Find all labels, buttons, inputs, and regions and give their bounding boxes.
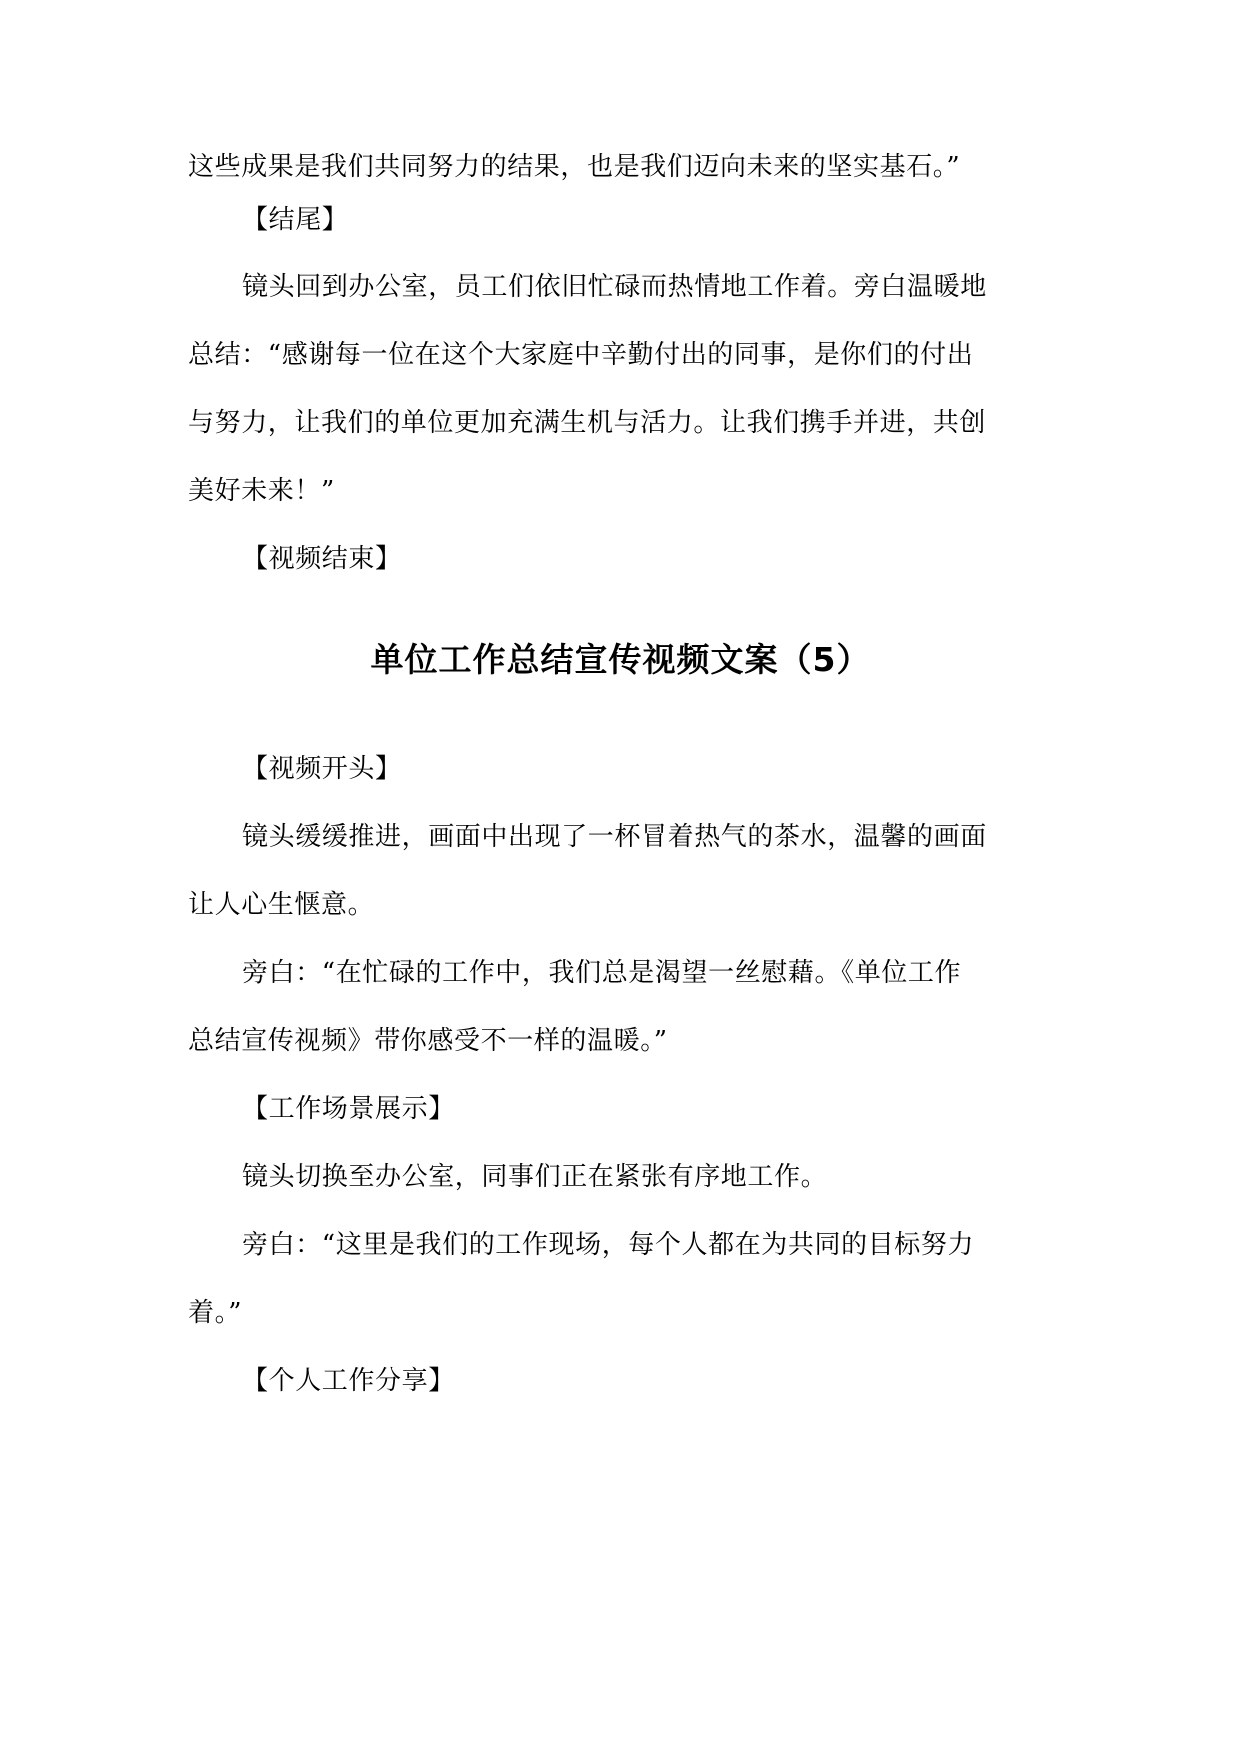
section-heading-scene: 【工作场景展示】 — [242, 1092, 455, 1126]
paragraph-line: 镜头缓缓推进，画面中出现了一杯冒着热气的茶水，温馨的画面 — [242, 820, 987, 854]
paragraph-line: 这些成果是我们共同努力的结果，也是我们迈向未来的坚实基石。” — [188, 150, 960, 184]
paragraph-line: 与努力，让我们的单位更加充满生机与活力。让我们携手并进，共创 — [188, 406, 986, 440]
section-heading-opening: 【视频开头】 — [242, 752, 402, 786]
paragraph-line: 总结：“感谢每一位在这个大家庭中辛勤付出的同事，是你们的付出 — [188, 338, 973, 372]
paragraph-line: 旁白：“这里是我们的工作现场，每个人都在为共同的目标努力 — [242, 1228, 974, 1262]
page-title: 单位工作总结宣传视频文案（5） — [0, 638, 1241, 682]
paragraph-line: 美好未来！” — [188, 474, 335, 508]
section-heading-ending: 【结尾】 — [242, 203, 348, 237]
paragraph-line: 镜头切换至办公室，同事们正在紧张有序地工作。 — [242, 1160, 827, 1194]
paragraph-line: 让人心生惬意。 — [188, 888, 374, 922]
section-heading-personal: 【个人工作分享】 — [242, 1364, 455, 1398]
paragraph-line: 镜头回到办公室，员工们依旧忙碌而热情地工作着。旁白温暖地 — [242, 270, 987, 304]
section-heading-video-end: 【视频结束】 — [242, 542, 402, 576]
paragraph-line: 旁白：“在忙碌的工作中，我们总是渴望一丝慰藉。《单位工作 — [242, 956, 961, 990]
paragraph-line: 着。” — [188, 1296, 242, 1330]
paragraph-line: 总结宣传视频》带你感受不一样的温暖。” — [188, 1024, 668, 1058]
